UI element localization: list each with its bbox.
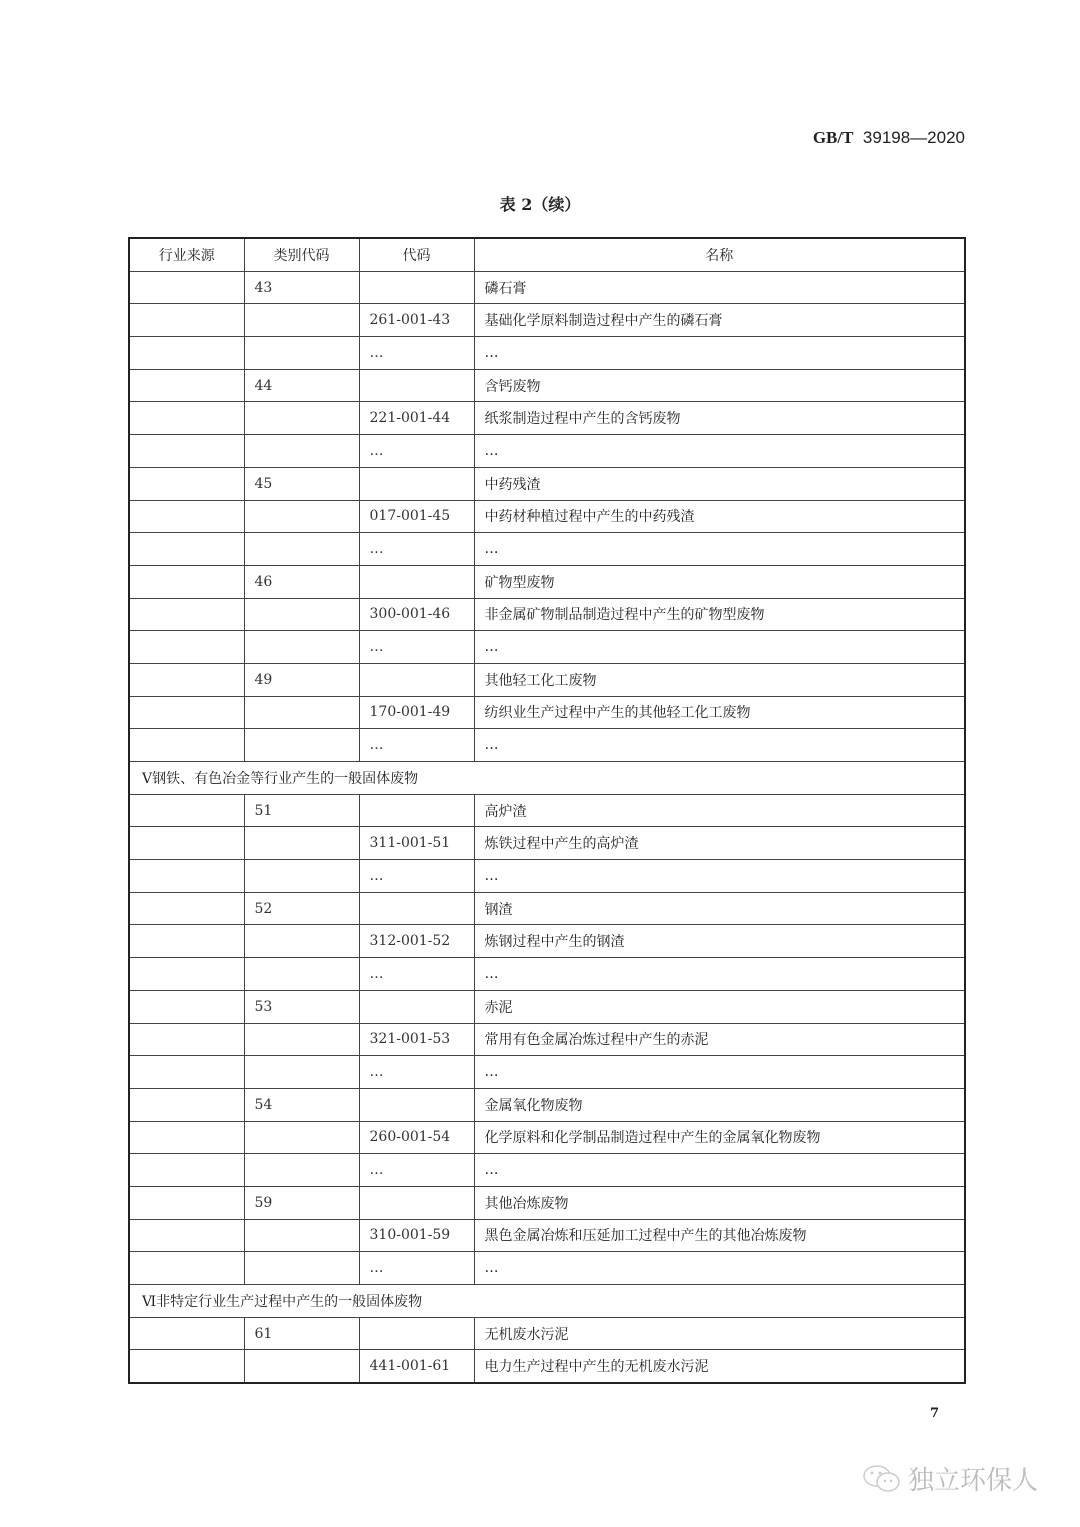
category-code-cell <box>244 304 359 337</box>
industry-source-cell <box>129 990 244 1023</box>
table-row: 311-001-51炼铁过程中产生的高炉渣 <box>129 827 965 860</box>
industry-source-cell <box>129 565 244 598</box>
category-code-cell <box>244 598 359 631</box>
category-code-cell <box>244 696 359 729</box>
industry-source-cell <box>129 1186 244 1219</box>
table-row: 261-001-43基础化学原料制造过程中产生的磷石膏 <box>129 304 965 337</box>
category-code-cell <box>244 729 359 762</box>
category-code-cell: 59 <box>244 1186 359 1219</box>
code-cell <box>359 271 474 304</box>
name-cell: 电力生产过程中产生的无机废水污泥 <box>474 1350 965 1383</box>
category-code-cell <box>244 860 359 893</box>
code-cell: 311-001-51 <box>359 827 474 860</box>
code-cell: 017-001-45 <box>359 500 474 533</box>
industry-source-cell <box>129 1056 244 1089</box>
code-cell: 441-001-61 <box>359 1350 474 1383</box>
code-cell <box>359 990 474 1023</box>
table-row: 260-001-54化学原料和化学制品制造过程中产生的金属氧化物废物 <box>129 1121 965 1154</box>
name-cell: 中药材种植过程中产生的中药残渣 <box>474 500 965 533</box>
table-row: …… <box>129 337 965 370</box>
category-code-cell <box>244 402 359 435</box>
industry-source-cell <box>129 1252 244 1285</box>
table-row: 221-001-44纸浆制造过程中产生的含钙废物 <box>129 402 965 435</box>
name-cell: … <box>474 1056 965 1089</box>
category-code-cell: 53 <box>244 990 359 1023</box>
industry-source-cell <box>129 598 244 631</box>
table-row: 59其他冶炼废物 <box>129 1186 965 1219</box>
industry-source-cell <box>129 304 244 337</box>
table-row: …… <box>129 860 965 893</box>
table-row: 54金属氧化物废物 <box>129 1088 965 1121</box>
industry-source-cell <box>129 1154 244 1187</box>
name-cell: … <box>474 631 965 664</box>
industry-source-cell <box>129 696 244 729</box>
code-cell: … <box>359 1154 474 1187</box>
code-cell: 312-001-52 <box>359 925 474 958</box>
name-cell: 金属氧化物废物 <box>474 1088 965 1121</box>
code-cell <box>359 794 474 827</box>
name-cell: 常用有色金属冶炼过程中产生的赤泥 <box>474 1023 965 1056</box>
category-code-cell <box>244 1350 359 1383</box>
industry-source-cell <box>129 500 244 533</box>
name-cell: 纸浆制造过程中产生的含钙废物 <box>474 402 965 435</box>
standard-prefix: GB/T <box>813 128 854 147</box>
name-cell: 矿物型废物 <box>474 565 965 598</box>
name-cell: 中药残渣 <box>474 467 965 500</box>
industry-source-cell <box>129 827 244 860</box>
table-row: 170-001-49纺织业生产过程中产生的其他轻工化工废物 <box>129 696 965 729</box>
category-code-cell <box>244 958 359 991</box>
table-row: …… <box>129 1154 965 1187</box>
category-code-cell <box>244 1219 359 1252</box>
industry-source-cell <box>129 958 244 991</box>
category-code-cell <box>244 1252 359 1285</box>
code-cell: … <box>359 1252 474 1285</box>
name-cell: 其他轻工化工废物 <box>474 663 965 696</box>
industry-source-cell <box>129 337 244 370</box>
code-cell: … <box>359 533 474 566</box>
table-row: 61无机废水污泥 <box>129 1317 965 1350</box>
industry-source-cell <box>129 729 244 762</box>
name-cell: … <box>474 533 965 566</box>
section-title: Ⅵ非特定行业生产过程中产生的一般固体废物 <box>129 1285 965 1318</box>
industry-source-cell <box>129 369 244 402</box>
section-row: Ⅴ钢铁、有色冶金等行业产生的一般固体废物 <box>129 762 965 795</box>
name-cell: 炼铁过程中产生的高炉渣 <box>474 827 965 860</box>
name-cell: … <box>474 1154 965 1187</box>
industry-source-cell <box>129 631 244 664</box>
table-row: 46矿物型废物 <box>129 565 965 598</box>
code-cell <box>359 1088 474 1121</box>
category-code-cell: 52 <box>244 892 359 925</box>
code-cell: 221-001-44 <box>359 402 474 435</box>
name-cell: 磷石膏 <box>474 271 965 304</box>
category-code-cell <box>244 1121 359 1154</box>
table-row: 441-001-61电力生产过程中产生的无机废水污泥 <box>129 1350 965 1383</box>
table-row: 44含钙废物 <box>129 369 965 402</box>
table-row: …… <box>129 729 965 762</box>
code-cell: … <box>359 435 474 468</box>
name-cell: 基础化学原料制造过程中产生的磷石膏 <box>474 304 965 337</box>
code-cell <box>359 1186 474 1219</box>
name-cell: 化学原料和化学制品制造过程中产生的金属氧化物废物 <box>474 1121 965 1154</box>
category-code-cell: 49 <box>244 663 359 696</box>
name-cell: 黑色金属冶炼和压延加工过程中产生的其他冶炼废物 <box>474 1219 965 1252</box>
category-code-cell: 43 <box>244 271 359 304</box>
code-cell <box>359 1317 474 1350</box>
name-cell: 其他冶炼废物 <box>474 1186 965 1219</box>
category-code-cell: 54 <box>244 1088 359 1121</box>
category-code-cell <box>244 337 359 370</box>
code-cell: … <box>359 631 474 664</box>
code-cell: 310-001-59 <box>359 1219 474 1252</box>
code-cell: … <box>359 337 474 370</box>
industry-source-cell <box>129 1350 244 1383</box>
table-row: …… <box>129 435 965 468</box>
code-cell: 170-001-49 <box>359 696 474 729</box>
watermark-text: 独立环保人 <box>908 1460 1038 1497</box>
industry-source-cell <box>129 271 244 304</box>
table-header-row: 行业来源类别代码代码名称 <box>129 238 965 271</box>
category-code-cell <box>244 925 359 958</box>
code-cell <box>359 565 474 598</box>
table-caption: 表 2（续） <box>0 192 1080 215</box>
category-code-cell <box>244 631 359 664</box>
category-code-cell: 46 <box>244 565 359 598</box>
column-header: 类别代码 <box>244 238 359 271</box>
category-code-cell: 61 <box>244 1317 359 1350</box>
industry-source-cell <box>129 1121 244 1154</box>
table-row: …… <box>129 631 965 664</box>
category-code-cell <box>244 1154 359 1187</box>
code-cell <box>359 663 474 696</box>
category-code-cell <box>244 1056 359 1089</box>
table-row: 312-001-52炼钢过程中产生的钢渣 <box>129 925 965 958</box>
category-code-cell: 51 <box>244 794 359 827</box>
code-cell: 300-001-46 <box>359 598 474 631</box>
code-cell: … <box>359 860 474 893</box>
name-cell: … <box>474 729 965 762</box>
standard-number: GB/T 39198—2020 <box>780 128 965 148</box>
table-row: 43磷石膏 <box>129 271 965 304</box>
table-row: …… <box>129 1056 965 1089</box>
industry-source-cell <box>129 925 244 958</box>
table-row: 53赤泥 <box>129 990 965 1023</box>
name-cell: 炼钢过程中产生的钢渣 <box>474 925 965 958</box>
industry-source-cell <box>129 1219 244 1252</box>
industry-source-cell <box>129 663 244 696</box>
table-row: 51高炉渣 <box>129 794 965 827</box>
table-row: …… <box>129 533 965 566</box>
industry-source-cell <box>129 892 244 925</box>
name-cell: … <box>474 435 965 468</box>
table-row: 321-001-53常用有色金属冶炼过程中产生的赤泥 <box>129 1023 965 1056</box>
column-header: 代码 <box>359 238 474 271</box>
table-row: 310-001-59黑色金属冶炼和压延加工过程中产生的其他冶炼废物 <box>129 1219 965 1252</box>
code-cell <box>359 892 474 925</box>
column-header: 名称 <box>474 238 965 271</box>
name-cell: 纺织业生产过程中产生的其他轻工化工废物 <box>474 696 965 729</box>
industry-source-cell <box>129 1023 244 1056</box>
industry-source-cell <box>129 402 244 435</box>
code-cell: 261-001-43 <box>359 304 474 337</box>
watermark: 独立环保人 <box>862 1460 1038 1497</box>
name-cell: 非金属矿物制品制造过程中产生的矿物型废物 <box>474 598 965 631</box>
name-cell: … <box>474 1252 965 1285</box>
name-cell: 钢渣 <box>474 892 965 925</box>
name-cell: 赤泥 <box>474 990 965 1023</box>
table-row: …… <box>129 958 965 991</box>
wechat-icon <box>862 1463 902 1495</box>
table-row: 017-001-45中药材种植过程中产生的中药残渣 <box>129 500 965 533</box>
section-row: Ⅵ非特定行业生产过程中产生的一般固体废物 <box>129 1285 965 1318</box>
section-title: Ⅴ钢铁、有色冶金等行业产生的一般固体废物 <box>129 762 965 795</box>
industry-source-cell <box>129 435 244 468</box>
waste-classification-table: 行业来源类别代码代码名称 43磷石膏261-001-43基础化学原料制造过程中产… <box>128 237 966 1384</box>
code-cell: … <box>359 1056 474 1089</box>
code-cell: … <box>359 958 474 991</box>
name-cell: 含钙废物 <box>474 369 965 402</box>
industry-source-cell <box>129 1317 244 1350</box>
category-code-cell <box>244 1023 359 1056</box>
column-header: 行业来源 <box>129 238 244 271</box>
name-cell: … <box>474 860 965 893</box>
code-cell <box>359 369 474 402</box>
industry-source-cell <box>129 1088 244 1121</box>
category-code-cell: 44 <box>244 369 359 402</box>
table-row: 52钢渣 <box>129 892 965 925</box>
industry-source-cell <box>129 533 244 566</box>
industry-source-cell <box>129 860 244 893</box>
table-row: 49其他轻工化工废物 <box>129 663 965 696</box>
name-cell: 高炉渣 <box>474 794 965 827</box>
category-code-cell <box>244 500 359 533</box>
table-row: …… <box>129 1252 965 1285</box>
code-cell: 321-001-53 <box>359 1023 474 1056</box>
table-row: 300-001-46非金属矿物制品制造过程中产生的矿物型废物 <box>129 598 965 631</box>
category-code-cell <box>244 533 359 566</box>
page-number: 7 <box>930 1406 939 1421</box>
code-cell: 260-001-54 <box>359 1121 474 1154</box>
category-code-cell <box>244 827 359 860</box>
name-cell: … <box>474 958 965 991</box>
name-cell: … <box>474 337 965 370</box>
code-cell: … <box>359 729 474 762</box>
code-cell <box>359 467 474 500</box>
category-code-cell <box>244 435 359 468</box>
industry-source-cell <box>129 794 244 827</box>
name-cell: 无机废水污泥 <box>474 1317 965 1350</box>
table-row: 45中药残渣 <box>129 467 965 500</box>
industry-source-cell <box>129 467 244 500</box>
standard-code: 39198—2020 <box>863 128 965 147</box>
category-code-cell: 45 <box>244 467 359 500</box>
